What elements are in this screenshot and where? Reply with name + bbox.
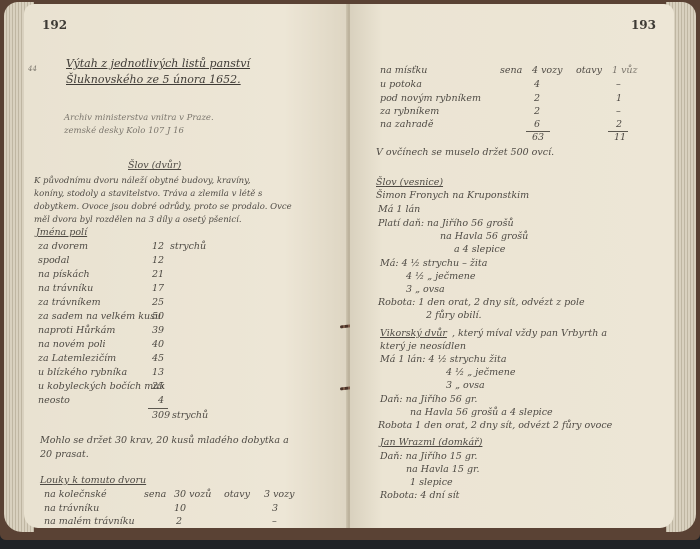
field-name: u blízkého rybníka	[38, 366, 127, 380]
field-name: za Latemlezičím	[38, 352, 116, 366]
meadow-hay: 4	[534, 78, 540, 92]
field-value: 25	[152, 296, 164, 310]
meadow-aftermath: 2	[616, 118, 622, 132]
meadow-name: u potoka	[380, 78, 422, 92]
section3-line: 4 ½ „ ječmene	[446, 366, 516, 380]
field-value: 45	[152, 352, 164, 366]
sheep-line: V ovčínech se muselo držet 500 ovcí.	[376, 146, 554, 160]
field-name: neosto	[38, 394, 70, 408]
meadow-aftermath: –	[272, 515, 277, 529]
meadow-aftermath: 3	[272, 502, 278, 516]
meadow-aftermath: 1	[616, 92, 622, 106]
field-name: za sadem na velkém kusu	[38, 310, 161, 324]
section2-line: Má 1 lán	[378, 203, 420, 217]
field-value: 13	[152, 366, 164, 380]
title-line-1: Výtah z jednotlivých listů panství	[66, 56, 250, 72]
section2-line: Robota: 1 den orat, 2 dny sít, odvézt z …	[378, 296, 585, 310]
section3-line: který je neosídlen	[380, 340, 466, 354]
field-name: za dvorem	[38, 240, 88, 254]
meadow-hay: 2	[534, 105, 540, 119]
section2-subheading: Šimon Fronych na Kruponstkim	[376, 189, 529, 203]
section2-line: 3 „ ovsa	[406, 283, 445, 297]
meadow-hay: 2	[176, 515, 182, 529]
section3-line: Daň: na Jiřího 56 gr.	[380, 393, 477, 407]
fields-heading: Jména polí	[36, 226, 87, 240]
source-line-1: Archiv ministerstva vnitra v Praze.	[64, 111, 214, 125]
meadow-aftermath: –	[616, 105, 621, 119]
field-value: 50	[152, 310, 164, 324]
source-line-2: zemské desky Kolo 107 J 16	[64, 124, 184, 138]
meadow-name: na malém trávníku	[44, 515, 135, 529]
section3-heading: Vikorský dvůr	[380, 327, 447, 341]
field-value: 4	[158, 394, 164, 408]
field-name: za trávníkem	[38, 296, 101, 310]
meadow-hay: 6	[534, 118, 540, 132]
section3-line: , který míval vždy pan Vrbyrth a	[452, 327, 607, 341]
meadow-name: na kolečnské	[44, 488, 107, 502]
field-value: 17	[152, 282, 164, 296]
fields-total: 309	[152, 409, 170, 423]
paragraph-line: dobytkem. Ovoce jsou dobré odrůdy, proto…	[34, 200, 292, 214]
meadow-aftermath-label: otavy	[576, 64, 602, 78]
meadow-hay-label: sena	[144, 488, 166, 502]
field-name: na novém poli	[38, 338, 106, 352]
meadow-name: pod novým rybníkem	[380, 92, 481, 106]
left-page: 192 44 Výtah z jednotlivých listů panstv…	[24, 4, 349, 528]
field-name: na pískách	[38, 268, 90, 282]
section2-line: 4 ½ „ ječmene	[406, 270, 476, 284]
field-name: spodal	[38, 254, 69, 268]
section4-line: Daň: na Jiřího 15 gr.	[380, 450, 477, 464]
livestock-line-2: 20 prasat.	[40, 448, 89, 462]
meadow-name: za rybníkem	[380, 105, 439, 119]
field-value: 40	[152, 338, 164, 352]
section2-line: na Havla 56 grošů	[440, 230, 528, 244]
meadow-name: na zahradě	[380, 118, 434, 132]
meadow-hay: 2	[534, 92, 540, 106]
field-name: naproti Hůrkám	[38, 324, 115, 338]
livestock-line-1: Mohlo se držet 30 krav, 20 kusů mladého …	[40, 434, 289, 448]
ledger-book: 192 44 Výtah z jednotlivých listů panstv…	[0, 0, 700, 540]
right-page: 193 na mísťku sena 4 vozy otavy 1 vůz u …	[350, 4, 674, 528]
field-value: 12	[152, 254, 164, 268]
meadows-heading: Louky k tomuto dvoru	[40, 474, 146, 488]
section4-line: Robota: 4 dní sít	[380, 489, 459, 503]
field-name: u kobyleckých bočích muk	[38, 380, 165, 394]
section3-line: Robota 1 den orat, 2 dny sít, odvézt 2 f…	[378, 419, 612, 433]
section-heading: Šlov (dvůr)	[128, 159, 181, 173]
meadows-total-hay: 63	[532, 131, 544, 145]
paragraph-line: měl dvora byl rozdělen na 3 díly a osetý…	[34, 213, 242, 227]
meadows-total-aftermath: 11	[614, 131, 626, 145]
section4-line: 1 slepice	[410, 476, 453, 490]
margin-mark: 44	[28, 62, 37, 76]
section4-line: na Havla 15 gr.	[406, 463, 480, 477]
field-unit: strychů	[170, 240, 206, 254]
field-value: 12	[152, 240, 164, 254]
section4-heading: Jan Wrazml (domkář)	[380, 436, 482, 450]
meadow-aftermath: 1 vůz	[612, 64, 638, 78]
meadow-hay-label: sena	[500, 64, 522, 78]
meadow-name: na mísťku	[380, 64, 427, 78]
section2-heading: Šlov (vesnice)	[376, 176, 443, 190]
page-number-left: 192	[42, 18, 67, 32]
field-value: 21	[152, 268, 164, 282]
meadow-aftermath: 3 vozy	[264, 488, 295, 502]
field-value: 25	[152, 380, 164, 394]
section3-line: 3 „ ovsa	[446, 379, 485, 393]
title-line-2: Šluknovského ze 5 února 1652.	[66, 72, 241, 88]
section3-line: na Havla 56 grošů a 4 slepice	[410, 406, 553, 420]
section2-line: Platí daň: na Jiřího 56 grošů	[378, 217, 514, 231]
field-value: 39	[152, 324, 164, 338]
section2-line: 2 fůry obilí.	[426, 309, 482, 323]
page-number-right: 193	[631, 18, 656, 32]
meadow-aftermath: –	[616, 78, 621, 92]
section2-line: a 4 slepice	[454, 243, 505, 257]
meadow-name: na trávníku	[44, 502, 99, 516]
section3-line: Má 1 lán: 4 ½ strychu žita	[380, 353, 507, 367]
field-name: na trávníku	[38, 282, 93, 296]
paragraph-line: K původnímu dvoru náleží obytné budovy, …	[34, 174, 251, 188]
fields-total-unit: strychů	[172, 409, 208, 423]
meadow-hay: 4 vozy	[532, 64, 563, 78]
meadow-hay: 30 vozů	[174, 488, 211, 502]
section2-line: Má: 4 ½ strychu – žita	[380, 257, 487, 271]
meadow-aftermath-label: otavy	[224, 488, 250, 502]
meadow-hay: 10	[174, 502, 186, 516]
paragraph-line: koníny, stodoly a stavitelstvo. Tráva a …	[34, 187, 262, 201]
